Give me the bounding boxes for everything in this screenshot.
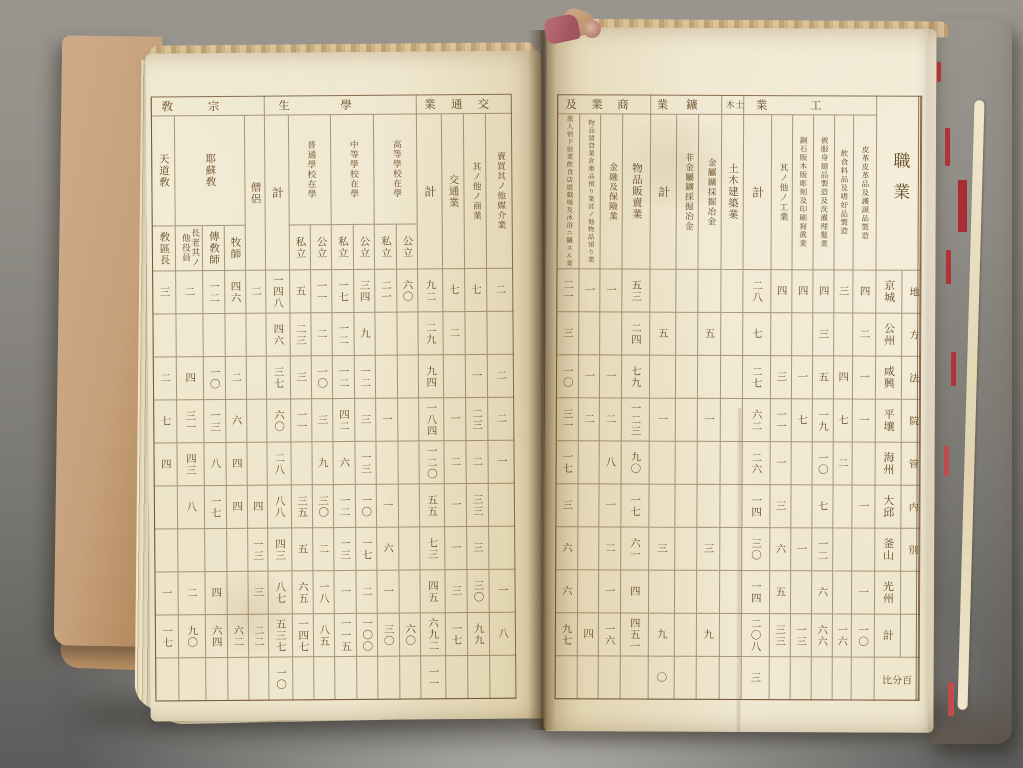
column-label: 銅石版木版彫刻及印刷寫眞業 <box>799 136 808 248</box>
cell-value: 四五 <box>427 580 438 603</box>
value-cell: 二 <box>153 357 176 400</box>
bookmark-ribbon <box>543 8 601 48</box>
cell-value: 六 <box>817 587 828 599</box>
column-header: 計 <box>416 114 442 269</box>
cell-value: 一二 <box>360 365 371 388</box>
red-edge-mark <box>937 62 941 82</box>
cell-value: 三〇 <box>750 538 761 561</box>
percent-cell <box>248 658 268 701</box>
red-edge-mark <box>951 352 956 386</box>
row-label: 光州 <box>874 572 900 615</box>
cell-value: 八七 <box>275 581 286 604</box>
value-cell: 一三 <box>203 400 225 443</box>
cell-value: 一八 <box>318 581 329 604</box>
value-cell <box>488 527 515 570</box>
right-page: 工業土木鑛業商業及皮革皮革品及護謨品製造飲食料品及嗜好品製造被服身廻品製造及洗濯… <box>543 27 936 733</box>
cell-value: 六〇 <box>273 409 284 432</box>
column-subheader: 私立 <box>374 225 396 270</box>
cell-value: 二七 <box>751 366 762 389</box>
cell-value: 一〇 <box>317 366 328 389</box>
cell-value: 六九二 <box>428 617 439 652</box>
cell-value: 四 <box>252 501 263 513</box>
row-jurisdiction-char: 地 <box>901 271 921 314</box>
column-parent-header: 中等學校在學 <box>330 115 374 225</box>
percent-cell <box>851 657 874 700</box>
value-cell: 三五 <box>291 485 312 528</box>
cell-value: 四 <box>583 629 594 641</box>
group-label: 商業及 <box>565 96 643 112</box>
cell-value: 三 <box>703 543 714 555</box>
column-label: 賣買其ノ他媒介業 <box>495 152 505 230</box>
value-cell <box>697 442 720 485</box>
row-jurisdiction-char: 院 <box>901 400 921 443</box>
cell-value: 四二 <box>338 408 349 431</box>
value-cell: 三〇 <box>377 614 399 657</box>
cell-value: 九七 <box>561 623 572 646</box>
value-cell <box>852 442 875 485</box>
column-subheader: 敎區長 <box>152 226 175 271</box>
value-cell: 三 <box>555 484 577 527</box>
value-cell: 四 <box>153 443 176 486</box>
row-place-label: 大邱 <box>882 495 894 519</box>
value-cell: 四 <box>226 486 247 529</box>
column-header: 賣買其ノ他媒介業 <box>485 114 513 269</box>
value-cell <box>675 313 697 356</box>
cell-value: 九〇 <box>187 625 198 648</box>
cell-value: 六〇 <box>405 623 416 646</box>
cell-value: 二九 <box>425 322 436 345</box>
cell-value: 三〇 <box>473 579 484 602</box>
cell-value: 一〇〇 <box>362 618 373 653</box>
value-cell: 六 <box>769 528 790 571</box>
column-subheader: 傳敎師 <box>202 226 224 271</box>
value-cell: 二 <box>852 313 875 356</box>
column-sublabel: 公立 <box>358 235 369 258</box>
value-cell: 五三 <box>621 269 649 312</box>
row-jurisdiction-char <box>900 572 920 615</box>
column-label: 金屬鑛採掘冶金 <box>705 158 715 227</box>
cell-value: 五 <box>295 286 306 298</box>
column-header: 計 <box>264 115 289 270</box>
column-subheader: 私立 <box>289 225 310 270</box>
row-jurisdiction-char <box>900 615 920 658</box>
value-cell <box>675 270 697 313</box>
value-cell: 一〇 <box>556 355 578 398</box>
row-label: 計 <box>874 615 900 658</box>
column-label: 交通業 <box>447 174 458 209</box>
cell-value: 三 <box>451 585 462 597</box>
cell-value: 二 <box>160 373 171 385</box>
cell-value: 二 <box>605 414 616 426</box>
value-cell <box>790 485 811 528</box>
value-cell <box>175 314 202 357</box>
percent-cell <box>598 656 620 699</box>
cell-value: 八 <box>186 501 197 513</box>
value-cell: 二 <box>833 442 852 485</box>
cell-value: 五三七 <box>275 618 286 653</box>
group-header: 宗敎 <box>151 96 264 117</box>
value-cell: 三一 <box>556 398 578 441</box>
value-cell <box>770 313 791 356</box>
value-cell: 一七 <box>556 441 578 484</box>
row-label: 咸興 <box>875 357 901 400</box>
value-cell <box>674 571 696 614</box>
cell-value: 一 <box>704 414 715 426</box>
value-cell <box>649 270 675 313</box>
value-cell <box>246 357 266 400</box>
column-header: 交通業 <box>441 114 464 269</box>
value-cell: 九〇 <box>178 615 205 658</box>
cell-value: 七 <box>448 284 459 296</box>
cell-value: 一二 <box>817 538 828 561</box>
percent-cell: 〇 <box>648 657 674 700</box>
column-sublabel: 私立 <box>294 236 305 259</box>
value-cell: 六〇 <box>266 399 290 442</box>
percent-label-box: 百分比 <box>874 658 920 701</box>
row-place-label: 咸興 <box>883 366 895 390</box>
cell-value: 二 <box>450 456 461 468</box>
value-cell: 五 <box>769 571 790 614</box>
value-cell <box>397 355 418 398</box>
value-cell <box>488 484 515 527</box>
cell-value: 二二 <box>253 624 264 647</box>
value-cell: 七九 <box>621 355 649 398</box>
value-cell: 九 <box>696 614 719 657</box>
cell-value: 三七 <box>273 366 284 389</box>
value-cell <box>675 442 697 485</box>
column-sublabel: 傳敎師 <box>208 231 219 266</box>
cell-value: 二 <box>837 458 848 470</box>
cell-value: 一三 <box>360 451 371 474</box>
value-cell <box>246 443 266 486</box>
row-label: 平壤 <box>875 400 901 443</box>
value-cell <box>833 313 852 356</box>
value-cell: 二 <box>443 441 465 484</box>
value-cell: 九 <box>353 313 374 356</box>
value-cell: 一一五 <box>334 614 356 657</box>
value-cell: 一四八 <box>265 270 289 313</box>
value-cell: 二 <box>442 312 464 355</box>
value-cell: 二七 <box>742 356 770 399</box>
value-cell: 九 <box>648 614 674 657</box>
column-parent-header: 耶蘇敎 <box>174 116 245 227</box>
cell-value: 五五 <box>427 494 438 517</box>
row-place-label: 公州 <box>883 323 895 347</box>
cell-value: 四六 <box>230 280 241 303</box>
value-cell: 二四 <box>621 312 649 355</box>
value-cell: 三 <box>466 527 488 570</box>
cell-value: 二四 <box>630 322 641 345</box>
value-cell <box>674 485 696 528</box>
column-header: 金屬鑛採掘冶金 <box>697 115 721 270</box>
cell-value: 一三 <box>252 538 263 561</box>
column-parent-label: 普通學校在學 <box>305 140 315 199</box>
cell-value: 二 <box>604 543 615 555</box>
column-label: 僧侶 <box>249 181 260 204</box>
value-cell: 一 <box>444 527 466 570</box>
cell-value: 六 <box>231 415 242 427</box>
cell-value: 三 <box>253 587 264 599</box>
value-cell <box>719 614 741 657</box>
value-cell: 二 <box>312 528 333 571</box>
value-cell: 八 <box>203 443 225 486</box>
cell-value: 三一 <box>185 410 196 433</box>
column-header: 計 <box>649 115 676 270</box>
value-cell: 六二 <box>742 399 770 442</box>
value-cell: 二三 <box>289 313 310 356</box>
value-cell: 八 <box>599 441 621 484</box>
cell-value: 二 <box>231 372 242 384</box>
value-cell: 一〇 <box>812 442 833 485</box>
value-cell <box>374 313 396 356</box>
value-cell: 一 <box>376 485 398 528</box>
value-cell: 一 <box>852 356 875 399</box>
value-cell: 一 <box>578 355 599 398</box>
value-cell: 一 <box>578 269 599 312</box>
value-cell <box>696 485 719 528</box>
column-header: 非金屬鑛採掘冶金 <box>675 115 698 270</box>
red-edge-mark <box>946 250 951 284</box>
column-header: 其ノ他ノ商業 <box>463 114 486 269</box>
value-cell: 一 <box>852 399 875 442</box>
cell-value: 二 <box>316 328 327 340</box>
row-jurisdiction-char: 方 <box>901 314 921 357</box>
value-cell <box>246 400 266 443</box>
cell-value: 一一五 <box>340 618 351 653</box>
value-cell: 二八 <box>742 270 770 313</box>
value-cell: 一 <box>599 355 621 398</box>
value-cell <box>791 442 812 485</box>
cell-value: 三 <box>656 543 667 555</box>
cell-value: 三三 <box>775 624 786 647</box>
row-place-label: 光州 <box>882 581 894 605</box>
cell-value: 四 <box>231 458 242 470</box>
cell-value: 一七 <box>451 623 462 646</box>
column-header: 被服身廻品製造及洗濯理髮業 <box>812 115 834 270</box>
value-cell <box>720 270 742 313</box>
row-place-label: 釜山 <box>882 538 894 562</box>
cell-value: 七 <box>751 328 762 340</box>
column-label: 計 <box>423 185 436 198</box>
value-cell: 七 <box>833 399 852 442</box>
value-cell: 四 <box>577 613 598 656</box>
cell-value: 一〇 <box>361 494 372 517</box>
value-cell: 二八 <box>266 442 290 485</box>
value-cell: 二 <box>310 313 331 356</box>
cell-value: 七 <box>817 501 828 513</box>
value-cell: 五三七 <box>268 614 292 657</box>
value-cell: 四六 <box>265 313 289 356</box>
value-cell <box>696 571 719 614</box>
cell-value: 四 <box>797 285 808 297</box>
cell-value: 三〇 <box>383 623 394 646</box>
cell-value: 九 <box>703 629 714 641</box>
percent-cell: 一〇 <box>268 657 292 700</box>
percent-cell <box>674 657 696 700</box>
cell-value: 三 <box>472 542 483 554</box>
value-cell: 一〇 <box>311 356 332 399</box>
cell-value: 四三 <box>274 538 285 561</box>
column-subheader: 公立 <box>396 224 417 269</box>
cell-value: 八五 <box>319 624 330 647</box>
value-cell: 一〇 <box>355 485 376 528</box>
value-cell: 一二 <box>331 313 353 356</box>
column-subheader: 公立 <box>310 225 331 270</box>
value-cell <box>649 356 675 399</box>
value-cell: 一 <box>443 398 465 441</box>
value-cell: 四 <box>620 570 648 613</box>
left-page-table: 交通業學生宗敎賣買其ノ他媒介業其ノ他ノ商業交通業計高等學校在學公立私立中等學校在… <box>151 94 519 704</box>
cell-value: 三 <box>818 329 829 341</box>
value-cell: 三一 <box>176 400 203 443</box>
cell-value: 一 <box>381 414 392 426</box>
cell-value: 二八 <box>274 452 285 475</box>
value-cell: 四三 <box>176 443 203 486</box>
value-cell: 七 <box>153 400 176 443</box>
value-cell: 三 <box>769 485 790 528</box>
value-cell <box>397 441 418 484</box>
value-cell: 四五 <box>419 570 444 613</box>
value-cell: 一 <box>376 571 398 614</box>
cell-value: 一 <box>450 499 461 511</box>
value-cell <box>578 312 599 355</box>
cell-value: 九 <box>656 629 667 641</box>
cell-value: 一八四 <box>426 402 437 437</box>
value-cell: 一一 <box>310 270 331 313</box>
column-parent-label: 耶蘇敎 <box>204 153 215 188</box>
cell-value: 一七 <box>337 279 348 302</box>
cell-value: 一 <box>161 588 172 600</box>
value-cell: 六 <box>332 442 354 485</box>
value-cell: 二 <box>225 357 246 400</box>
cell-value: 六 <box>382 543 393 555</box>
column-sublabel: 長老其ノ他役員 <box>179 226 198 270</box>
group-label: 土木 <box>723 95 742 114</box>
value-cell <box>245 314 265 357</box>
column-label: 物品販賣業 <box>631 163 642 221</box>
cell-value: 二三 <box>295 323 306 346</box>
value-cell: 八七 <box>267 571 291 614</box>
value-cell: 六九二 <box>420 613 445 656</box>
percent-cell: 一一 <box>420 656 445 699</box>
cell-value: 六 <box>561 542 572 554</box>
column-header: 計 <box>742 115 771 270</box>
cell-value: 一七 <box>162 625 173 648</box>
value-cell: 四 <box>225 443 246 486</box>
value-cell: 六 <box>225 400 246 443</box>
cell-value: 四六 <box>273 323 284 346</box>
value-cell: 七 <box>464 269 486 312</box>
cell-value: 九九 <box>473 622 484 645</box>
percent-cell <box>292 657 313 700</box>
cell-value: 一七 <box>630 494 641 517</box>
cell-value: 二六 <box>751 452 762 475</box>
row-label: 大邱 <box>874 486 900 529</box>
value-cell <box>398 527 419 570</box>
cell-value: 一 <box>797 371 808 383</box>
value-cell <box>290 442 311 485</box>
value-cell: 三 <box>152 271 175 314</box>
value-cell: 四 <box>204 572 226 615</box>
value-cell: 六 <box>376 528 398 571</box>
percent-cell <box>489 656 516 699</box>
cell-value: 三 <box>562 499 573 511</box>
cell-value: 一 <box>584 285 595 297</box>
cell-value: 六 <box>339 457 350 469</box>
value-cell: 八八 <box>267 485 291 528</box>
cell-value: 一 <box>449 413 460 425</box>
row-jurisdiction-char: 法 <box>901 357 921 400</box>
column-header: 其ノ他ノ工業 <box>770 115 792 270</box>
column-label: 其ノ他ノ商業 <box>470 162 480 221</box>
column-label: 飲食料品及嗜好品製造 <box>840 149 848 235</box>
value-cell: 五 <box>697 313 720 356</box>
value-cell: 五五 <box>419 484 444 527</box>
cell-value: 一 <box>340 586 351 598</box>
value-cell: 七 <box>791 399 812 442</box>
stub-title-box: 職業 <box>875 96 922 271</box>
cell-value: 五 <box>297 544 308 556</box>
value-cell: 二 <box>599 398 621 441</box>
value-cell <box>720 442 742 485</box>
value-cell <box>719 528 741 571</box>
cell-value: 一二 <box>208 280 219 303</box>
percent-cell <box>696 657 719 700</box>
value-cell <box>375 356 397 399</box>
group-label: 學生 <box>278 96 402 113</box>
value-cell: 一二三 <box>621 398 649 441</box>
value-cell: 九九 <box>467 613 489 656</box>
cell-value: 一三 <box>209 409 220 432</box>
book-photo: 交通業學生宗敎賣買其ノ他媒介業其ノ他ノ商業交通業計高等學校在學公立私立中等學校在… <box>0 0 1023 768</box>
cell-value: 三一 <box>562 408 573 431</box>
value-cell: 一 <box>599 269 621 312</box>
jurisdiction-char: 管 <box>906 458 917 469</box>
cell-value: 一六 <box>604 623 615 646</box>
value-cell: 一〇〇 <box>356 614 377 657</box>
cell-value: 四 <box>859 286 870 298</box>
column-parent-header: 天道敎 <box>151 116 175 226</box>
value-cell: 三 <box>311 399 332 442</box>
value-cell: 三三 <box>769 614 790 657</box>
value-cell <box>790 571 811 614</box>
value-cell: 六一 <box>620 527 648 570</box>
percent-cell <box>445 656 467 699</box>
value-cell: 六五 <box>291 571 312 614</box>
value-cell: 一一 <box>770 399 791 442</box>
column-header: 物品販賣業 <box>621 114 650 269</box>
value-cell: 二一 <box>374 270 396 313</box>
value-cell: 七三 <box>419 527 444 570</box>
cell-value: 三四 <box>359 279 370 302</box>
cell-value: 一 <box>450 542 461 554</box>
percent-cell <box>620 656 648 699</box>
value-cell: 二 <box>175 271 202 314</box>
column-parent-header: 普通學校在學 <box>288 115 331 225</box>
cell-value: 七 <box>797 414 808 426</box>
book-spine-shadow <box>528 30 556 730</box>
cell-value: 一 <box>859 372 870 384</box>
value-cell: 二一 <box>556 269 578 312</box>
cell-value: 一 <box>796 543 807 555</box>
value-cell: 三 <box>444 570 466 613</box>
row-place-label: 海州 <box>882 452 894 476</box>
value-cell: 四 <box>812 270 833 313</box>
left-page: 交通業學生宗敎賣買其ノ他媒介業其ノ他ノ商業交通業計高等學校在學公立私立中等學校在… <box>145 50 546 721</box>
column-sublabel: 私立 <box>380 235 391 258</box>
red-edge-mark <box>944 446 949 476</box>
column-header: 飲食料品及嗜好品製造 <box>833 115 853 270</box>
